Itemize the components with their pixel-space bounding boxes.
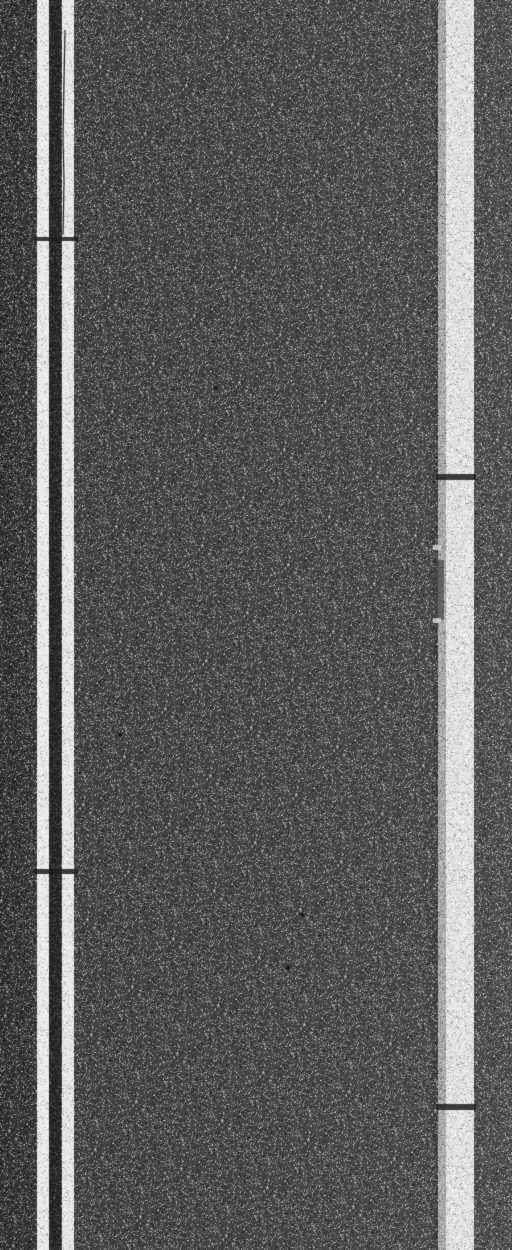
road-aerial-view: Top-down aerial view of asphalt road sur…: [0, 0, 512, 1250]
road-surface-canvas: [0, 0, 512, 1250]
